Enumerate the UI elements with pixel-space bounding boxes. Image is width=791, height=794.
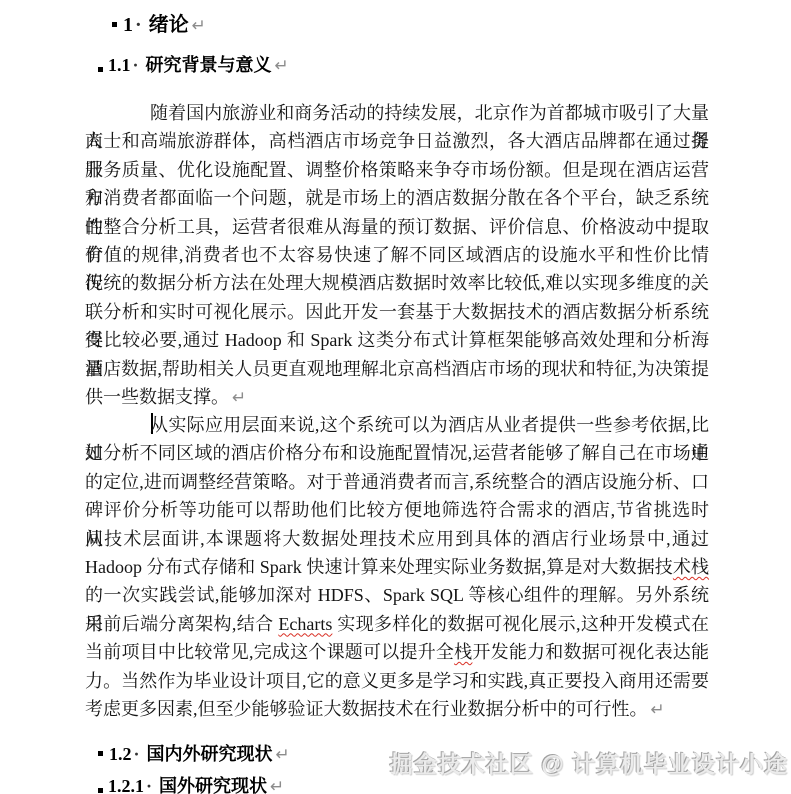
heading-title: 国内外研究现状	[147, 744, 273, 764]
text-line: 得比较必要,通过 Hadoop 和 Spark 这类分布式计算框架能够高效处理和…	[85, 326, 709, 354]
line-text: 从技术层面讲,本课题将大数据处理技术应用到具体的酒店行业场景中,通过	[85, 529, 709, 549]
line-text: 供一些数据支撑。	[85, 387, 229, 407]
text-line: 的定位,进而调整经营策略。对于普通消费者而言,系统整合的酒店设施分析、口	[85, 468, 709, 496]
text-line: 联分析和实时可视化展示。因此开发一套基于大数据技术的酒店数据分析系统变	[85, 298, 709, 326]
line-text: 考虑更多因素,但至少能够验证大数据技术在行业数据分析中的可行性。	[85, 699, 648, 719]
paragraph-return-icon: ↵	[651, 700, 665, 720]
space-mark-icon: ·	[134, 744, 140, 764]
heading-number: 1.2.1	[108, 776, 144, 794]
text-line: 用前后端分离架构,结合 Echarts 实现多样化的数据可视化展示,这种开发模式…	[85, 610, 709, 638]
text-line: 价值的规律,消费者也不太容易快速了解不同区域酒店的设施水平和性价比情况。	[85, 241, 709, 269]
line-text: 力。当然作为毕业设计项目,它的意义更多是学习和实践,真正要投入商用还需要	[85, 671, 709, 691]
paragraph-return-icon: ↵	[232, 388, 246, 408]
heading-chapter-1[interactable]: 1·绪论↵	[112, 8, 206, 37]
text-line: 传统的数据分析方法在处理大规模酒店数据时效率比较低,难以实现多维度的关	[85, 269, 709, 297]
text-line: 酒店数据,帮助相关人员更直观地理解北京高档酒店市场的现状和特征,为决策提	[85, 355, 709, 383]
text-line: 人士和高端旅游群体，高档酒店市场竞争日益激烈，各大酒店品牌都在通过提升	[85, 127, 709, 155]
line-text: 传统的数据分析方法在处理大规模酒店数据时效率比较低,难以实现多维度的关	[85, 273, 709, 293]
heading-1-2-1[interactable]: 1.2.1·国外研究现状↵	[98, 772, 284, 794]
heading-bullet-icon	[98, 788, 103, 793]
heading-number: 1.1	[108, 55, 131, 75]
line-text: 酒店数据,帮助相关人员更直观地理解北京高档酒店市场的现状和特征,为决策提	[85, 359, 709, 379]
heading-title: 绪论	[149, 14, 189, 36]
spellcheck-flagged-text: Echarts	[278, 614, 332, 634]
line-text: 用前后端分离架构,结合	[85, 614, 278, 634]
text-line: 服务质量、优化设施配置、调整价格策略来争夺市场份额。但是现在酒店运营方	[85, 156, 709, 184]
heading-title: 研究背景与意义	[146, 55, 272, 75]
text-line: 的一次实践尝试,能够加深对 HDFS、Spark SQL 等核心组件的理解。另外…	[85, 581, 709, 609]
text-line: 从实际应用层面来说,这个系统可以为酒店从业者提供一些参考依据,比如通	[85, 411, 709, 439]
text-line: 碑评价分析等功能可以帮助他们比较方便地筛选符合需求的酒店,节省挑选时间。	[85, 496, 709, 524]
text-line: 过分析不同区域的酒店价格分布和设施配置情况,运营者能够了解自己在市场中	[85, 439, 709, 467]
paragraph-return-icon: ↵	[275, 56, 289, 76]
line-text: 过分析不同区域的酒店价格分布和设施配置情况,运营者能够了解自己在市场中	[85, 443, 709, 463]
paragraph-return-icon: ↵	[270, 777, 284, 794]
text-line: 从技术层面讲,本课题将大数据处理技术应用到具体的酒店行业场景中,通过	[85, 525, 709, 553]
text-line: 随着国内旅游业和商务活动的持续发展，北京作为首都城市吸引了大量商务	[85, 99, 709, 127]
line-text: 的定位,进而调整经营策略。对于普通消费者而言,系统整合的酒店设施分析、口	[85, 472, 709, 492]
text-line: 力。当然作为毕业设计项目,它的意义更多是学习和实践,真正要投入商用还需要	[85, 667, 709, 695]
text-line: 的整合分析工具，运营者很难从海量的预订数据、评价信息、价格波动中提取有	[85, 213, 709, 241]
heading-title: 国外研究现状	[159, 776, 267, 794]
space-mark-icon: ·	[146, 776, 152, 794]
spellcheck-flagged-text: 术栈	[673, 557, 709, 577]
line-text: 当前项目中比较常见,完成这个课题可以提升全	[85, 642, 454, 662]
paragraph-return-icon: ↵	[276, 745, 290, 765]
heading-bullet-icon	[98, 67, 103, 72]
text-line: 考虑更多因素,但至少能够验证大数据技术在行业数据分析中的可行性。↵	[85, 695, 709, 723]
space-mark-icon: ·	[133, 55, 139, 75]
line-text: 开发能力和数据可视化表达能	[472, 642, 709, 662]
paragraph-1[interactable]: 随着国内旅游业和商务活动的持续发展，北京作为首都城市吸引了大量商务 人士和高端旅…	[85, 99, 709, 411]
heading-number: 1	[123, 14, 133, 36]
heading-1-2[interactable]: 1.2·国内外研究现状↵	[98, 740, 290, 766]
heading-1-1[interactable]: 1.1·研究背景与意义↵	[98, 51, 289, 77]
text-line: 和消费者都面临一个问题，就是市场上的酒店数据分散在各个平台，缺乏系统性	[85, 184, 709, 212]
heading-bullet-icon	[112, 22, 117, 27]
heading-bullet-icon	[98, 751, 103, 756]
paragraph-return-icon: ↵	[192, 16, 206, 36]
spellcheck-flagged-text: 栈	[454, 642, 472, 662]
text-line: 供一些数据支撑。↵	[85, 383, 709, 411]
paragraph-2[interactable]: 从实际应用层面来说,这个系统可以为酒店从业者提供一些参考依据,比如通 过分析不同…	[85, 411, 709, 723]
line-text: Hadoop 分布式存储和 Spark 快速计算来处理实际业务数据,算是对大数据…	[85, 557, 673, 577]
line-text: 实现多样化的数据可视化展示,这种开发模式在	[332, 614, 709, 634]
text-line: Hadoop 分布式存储和 Spark 快速计算来处理实际业务数据,算是对大数据…	[85, 553, 709, 581]
document-page[interactable]: 1·绪论↵ 1.1·研究背景与意义↵ 随着国内旅游业和商务活动的持续发展，北京作…	[0, 0, 791, 794]
watermark-text: 掘金技术社区 @ 计算机毕业设计小途	[390, 746, 788, 779]
space-mark-icon: ·	[135, 14, 142, 36]
heading-number: 1.2	[109, 744, 132, 764]
text-line: 当前项目中比较常见,完成这个课题可以提升全栈开发能力和数据可视化表达能	[85, 638, 709, 666]
